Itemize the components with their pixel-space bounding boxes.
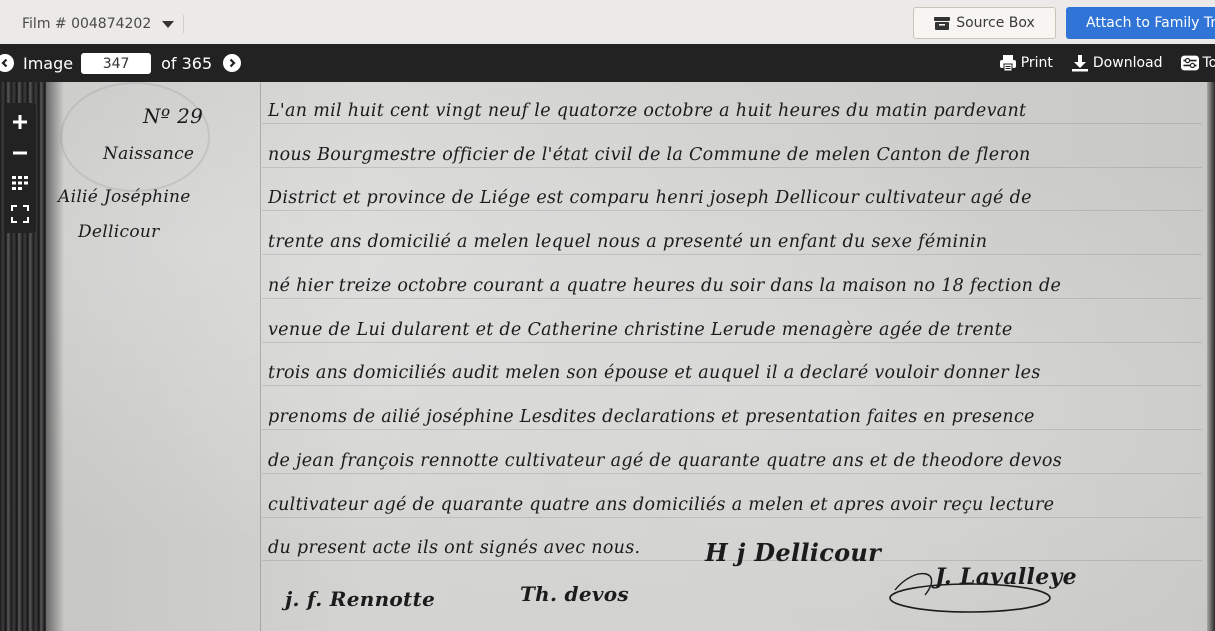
signature-flourish: [885, 560, 1055, 620]
tools-label: Tools: [1203, 55, 1215, 71]
ruled-line: [262, 342, 1202, 343]
minus-icon: [11, 144, 29, 162]
fullscreen-button[interactable]: [10, 204, 30, 224]
film-number: Film # 004874202: [22, 16, 151, 32]
source-box-label: Source Box: [956, 15, 1035, 31]
chevron-left-icon: [0, 58, 10, 68]
document-line: trente ans domicilié a melen lequel nous…: [268, 232, 987, 252]
record-number: Nº 29: [143, 104, 203, 128]
source-box-button[interactable]: Source Box: [913, 7, 1056, 39]
image-navigation: Image of 365: [0, 44, 241, 82]
grid-icon: [11, 174, 29, 192]
document-line: prenoms de ailié joséphine Lesdites decl…: [268, 407, 1035, 427]
document-line: trois ans domiciliés audit melen son épo…: [268, 363, 1041, 383]
top-header: Film # 004874202 Source Box Attach to Fa…: [0, 0, 1215, 44]
download-label: Download: [1093, 55, 1163, 71]
page-edge: [1207, 82, 1215, 631]
plus-icon: [11, 113, 29, 131]
zoom-controls: [4, 103, 36, 233]
seal-stamp: [60, 82, 210, 192]
attach-to-family-tree-button[interactable]: Attach to Family Tree: [1066, 7, 1215, 39]
next-image-button[interactable]: [223, 54, 241, 72]
ruled-line: [262, 517, 1202, 518]
fullscreen-icon: [11, 205, 29, 223]
margin-note-surname: Dellicour: [78, 222, 160, 242]
chevron-down-icon[interactable]: [162, 21, 174, 28]
ruled-line: [262, 123, 1202, 124]
image-number-input[interactable]: [81, 53, 151, 74]
document-image[interactable]: Nº 29 Naissance Ailié Joséphine Dellicou…: [0, 82, 1215, 631]
binding-shadow: [46, 82, 64, 631]
image-viewer[interactable]: Nº 29 Naissance Ailié Joséphine Dellicou…: [0, 82, 1215, 631]
gallery-view-button[interactable]: [10, 173, 30, 193]
ruled-line: [262, 473, 1202, 474]
zoom-out-button[interactable]: [10, 143, 30, 163]
archive-box-icon: [934, 17, 950, 30]
print-button[interactable]: Print: [999, 54, 1053, 72]
image-tools: Print Download Tools: [981, 44, 1215, 82]
download-icon: [1071, 54, 1089, 72]
ruled-line: [262, 429, 1202, 430]
margin-rule: [260, 82, 261, 631]
image-label: Image: [23, 54, 73, 73]
chevron-right-icon: [227, 58, 237, 68]
signature-witness-1: j. f. Rennotte: [285, 587, 435, 611]
tools-button[interactable]: Tools: [1181, 54, 1215, 72]
sliders-icon: [1181, 54, 1199, 72]
ruled-line: [262, 167, 1202, 168]
document-line: L'an mil huit cent vingt neuf le quatorz…: [268, 101, 1026, 121]
previous-image-button[interactable]: [0, 54, 14, 72]
zoom-in-button[interactable]: [10, 112, 30, 132]
download-button[interactable]: Download: [1071, 54, 1163, 72]
print-label: Print: [1021, 55, 1053, 71]
document-line: né hier treize octobre courant a quatre …: [268, 276, 1061, 296]
image-total: of 365: [161, 54, 212, 73]
ruled-line: [262, 298, 1202, 299]
attach-label: Attach to Family Tree: [1086, 15, 1215, 31]
ruled-line: [262, 210, 1202, 211]
image-toolbar: Image of 365 Print Download Tools: [0, 44, 1215, 82]
divider: [183, 15, 184, 33]
ruled-line: [262, 385, 1202, 386]
document-line: District et province de Liége est compar…: [268, 188, 1032, 208]
ruled-line: [262, 254, 1202, 255]
margin-note-given-names: Ailié Joséphine: [58, 187, 191, 207]
document-line: de jean françois rennotte cultivateur ag…: [268, 451, 1062, 471]
signature-father: H j Dellicour: [705, 538, 881, 567]
document-line: nous Bourgmestre officier de l'état civi…: [268, 145, 1031, 165]
margin-note-type: Naissance: [103, 144, 194, 164]
document-line: du present acte ils ont signés avec nous…: [268, 538, 640, 558]
document-line: venue de Lui dularent et de Catherine ch…: [268, 320, 1013, 340]
document-line: cultivateur agé de quarante quatre ans d…: [268, 495, 1054, 515]
signature-witness-2: Th. devos: [520, 582, 629, 606]
film-selector[interactable]: Film # 004874202: [22, 15, 184, 33]
printer-icon: [999, 54, 1017, 72]
